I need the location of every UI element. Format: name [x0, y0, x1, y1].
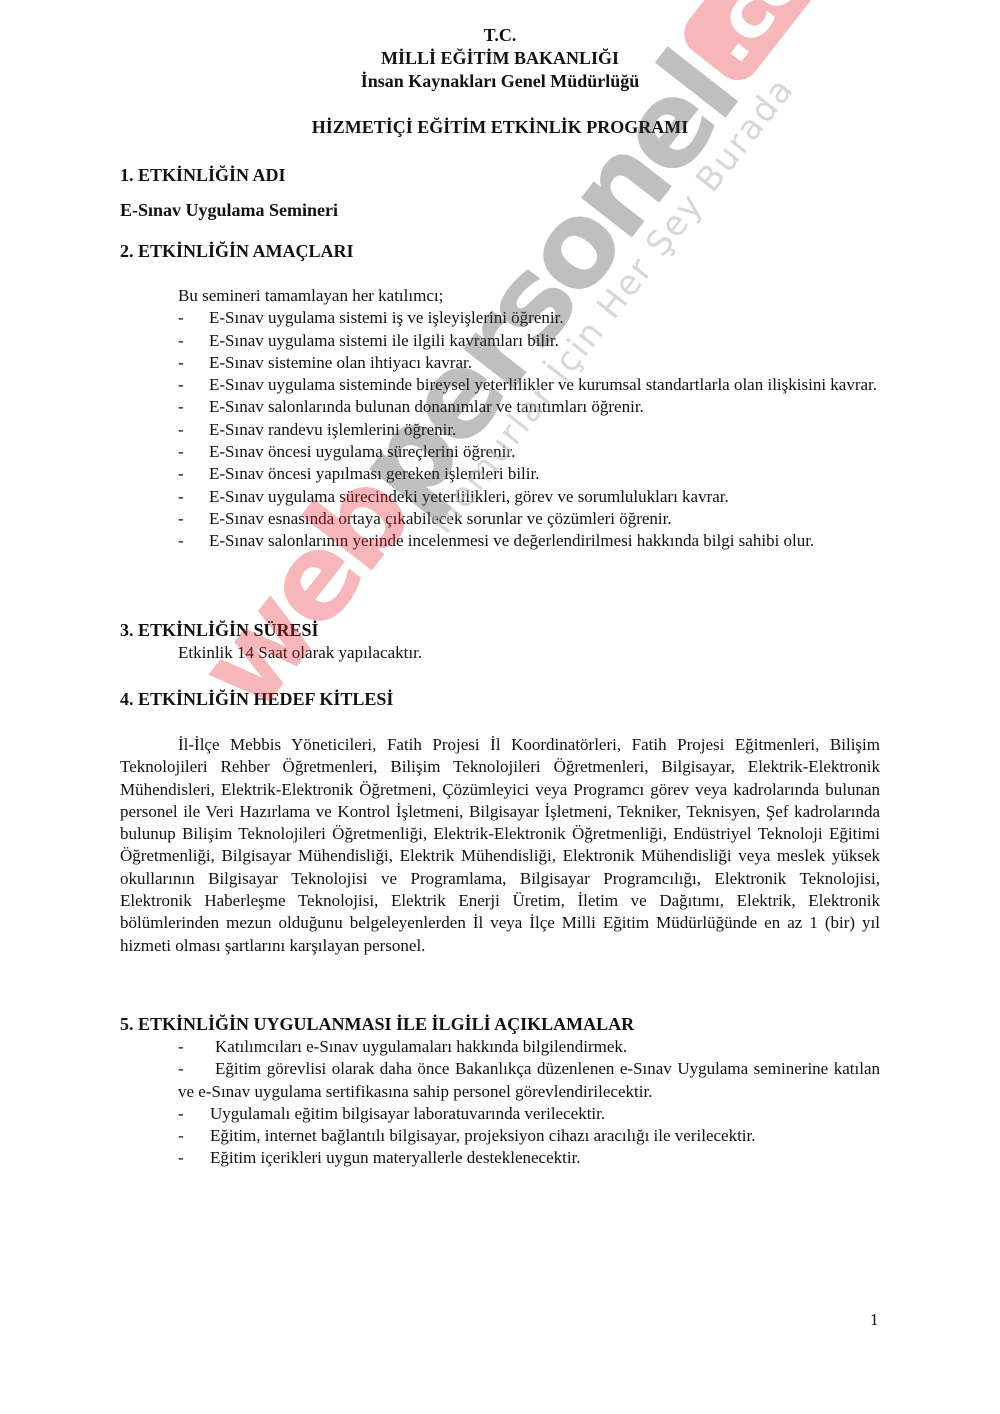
objective-item: -E-Sınav sistemine olan ihtiyacı kavrar. [178, 352, 880, 374]
objective-text: E-Sınav öncesi uygulama süreçlerini öğre… [209, 442, 515, 461]
section-1-heading: 1. ETKİNLİĞİN ADI [120, 164, 286, 186]
objective-text: E-Sınav salonlarının yerinde incelenmesi… [209, 531, 814, 550]
objective-text: E-Sınav esnasında ortaya çıkabilecek sor… [209, 509, 672, 528]
implementation-text: Uygulamalı eğitim bilgisayar laboratuvar… [210, 1104, 605, 1123]
objectives-block: Bu semineri tamamlayan her katılımcı; -E… [178, 285, 880, 553]
implementation-item: -Eğitim, internet bağlantılı bilgisayar,… [178, 1125, 880, 1147]
header-directorate: İnsan Kaynakları Genel Müdürlüğü [0, 70, 1000, 92]
objective-item: -E-Sınav salonlarının yerinde incelenmes… [178, 530, 880, 552]
objectives-list: -E-Sınav uygulama sistemi iş ve işleyişl… [178, 307, 880, 552]
bullet-dash: - [178, 486, 184, 508]
implementation-item: -Eğitim içerikleri uygun materyallerle d… [178, 1147, 880, 1169]
objective-text: E-Sınav uygulama sistemi iş ve işleyişle… [209, 308, 564, 327]
implementation-text: Eğitim içerikleri uygun materyallerle de… [210, 1148, 581, 1167]
section-2-heading: 2. ETKİNLİĞİN AMAÇLARI [120, 240, 354, 262]
objective-text: E-Sınav salonlarında bulunan donanımlar … [209, 397, 644, 416]
objective-text: E-Sınav öncesi yapılması gereken işlemle… [209, 464, 539, 483]
objective-item: -E-Sınav uygulama sürecindeki yeterlilik… [178, 486, 880, 508]
implementation-item: -Uygulamalı eğitim bilgisayar laboratuva… [178, 1103, 880, 1125]
implementation-text: Eğitim, internet bağlantılı bilgisayar, … [210, 1126, 756, 1145]
bullet-dash: - [178, 508, 184, 530]
page-number: 1 [870, 1310, 879, 1330]
objective-text: E-Sınav uygulama sistemi ile ilgili kavr… [209, 331, 559, 350]
header-ministry: MİLLİ EĞİTİM BAKANLIĞI [0, 47, 1000, 69]
objective-text: E-Sınav randevu işlemlerini öğrenir. [209, 420, 456, 439]
section-3-heading: 3. ETKİNLİĞİN SÜRESİ [120, 619, 319, 641]
bullet-dash: - [178, 1147, 210, 1169]
bullet-dash: - [178, 441, 184, 463]
bullet-dash: - [178, 1125, 210, 1147]
bullet-dash: - [178, 374, 184, 396]
objective-item: -E-Sınav öncesi uygulama süreçlerini öğr… [178, 441, 880, 463]
bullet-dash: - [178, 1036, 215, 1058]
objective-item: -E-Sınav uygulama sistemi ile ilgili kav… [178, 330, 880, 352]
objective-text: E-Sınav uygulama sürecindeki yeterlilikl… [209, 487, 729, 506]
objectives-intro: Bu semineri tamamlayan her katılımcı; [178, 285, 880, 307]
objective-item: -E-Sınav uygulama sisteminde bireysel ye… [178, 374, 880, 396]
target-audience-text: İl-İlçe Mebbis Yöneticileri, Fatih Proje… [120, 734, 880, 957]
implementation-text: Eğitim görevlisi olarak daha önce Bakanl… [178, 1059, 880, 1100]
bullet-dash: - [178, 307, 184, 329]
objective-text: E-Sınav sistemine olan ihtiyacı kavrar. [209, 353, 472, 372]
bullet-dash: - [178, 1103, 210, 1125]
implementation-item: -Katılımcıları e-Sınav uygulamaları hakk… [178, 1036, 880, 1058]
objective-item: -E-Sınav salonlarında bulunan donanımlar… [178, 396, 880, 418]
bullet-dash: - [178, 396, 184, 418]
duration-text: Etkinlik 14 Saat olarak yapılacaktır. [178, 642, 422, 664]
activity-name: E-Sınav Uygulama Semineri [120, 199, 338, 221]
section-4-heading: 4. ETKİNLİĞİN HEDEF KİTLESİ [120, 688, 393, 710]
header-tc: T.C. [0, 24, 1000, 46]
objective-text: E-Sınav uygulama sisteminde bireysel yet… [209, 375, 877, 394]
section-5-heading: 5. ETKİNLİĞİN UYGULANMASI İLE İLGİLİ AÇI… [120, 1013, 634, 1035]
bullet-dash: - [178, 330, 184, 352]
implementation-notes: -Katılımcıları e-Sınav uygulamaları hakk… [178, 1036, 880, 1170]
bullet-dash: - [178, 463, 184, 485]
objective-item: -E-Sınav uygulama sistemi iş ve işleyişl… [178, 307, 880, 329]
program-title: HİZMETİÇİ EĞİTİM ETKİNLİK PROGRAMI [0, 117, 1000, 138]
objective-item: -E-Sınav randevu işlemlerini öğrenir. [178, 419, 880, 441]
objective-item: -E-Sınav esnasında ortaya çıkabilecek so… [178, 508, 880, 530]
document-page: T.C. MİLLİ EĞİTİM BAKANLIĞI İnsan Kaynak… [0, 0, 1000, 1414]
objective-item: -E-Sınav öncesi yapılması gereken işleml… [178, 463, 880, 485]
bullet-dash: - [178, 1058, 215, 1080]
implementation-text: Katılımcıları e-Sınav uygulamaları hakkı… [215, 1037, 627, 1056]
implementation-item: -Eğitim görevlisi olarak daha önce Bakan… [178, 1058, 880, 1103]
bullet-dash: - [178, 352, 184, 374]
bullet-dash: - [178, 530, 184, 552]
bullet-dash: - [178, 419, 184, 441]
